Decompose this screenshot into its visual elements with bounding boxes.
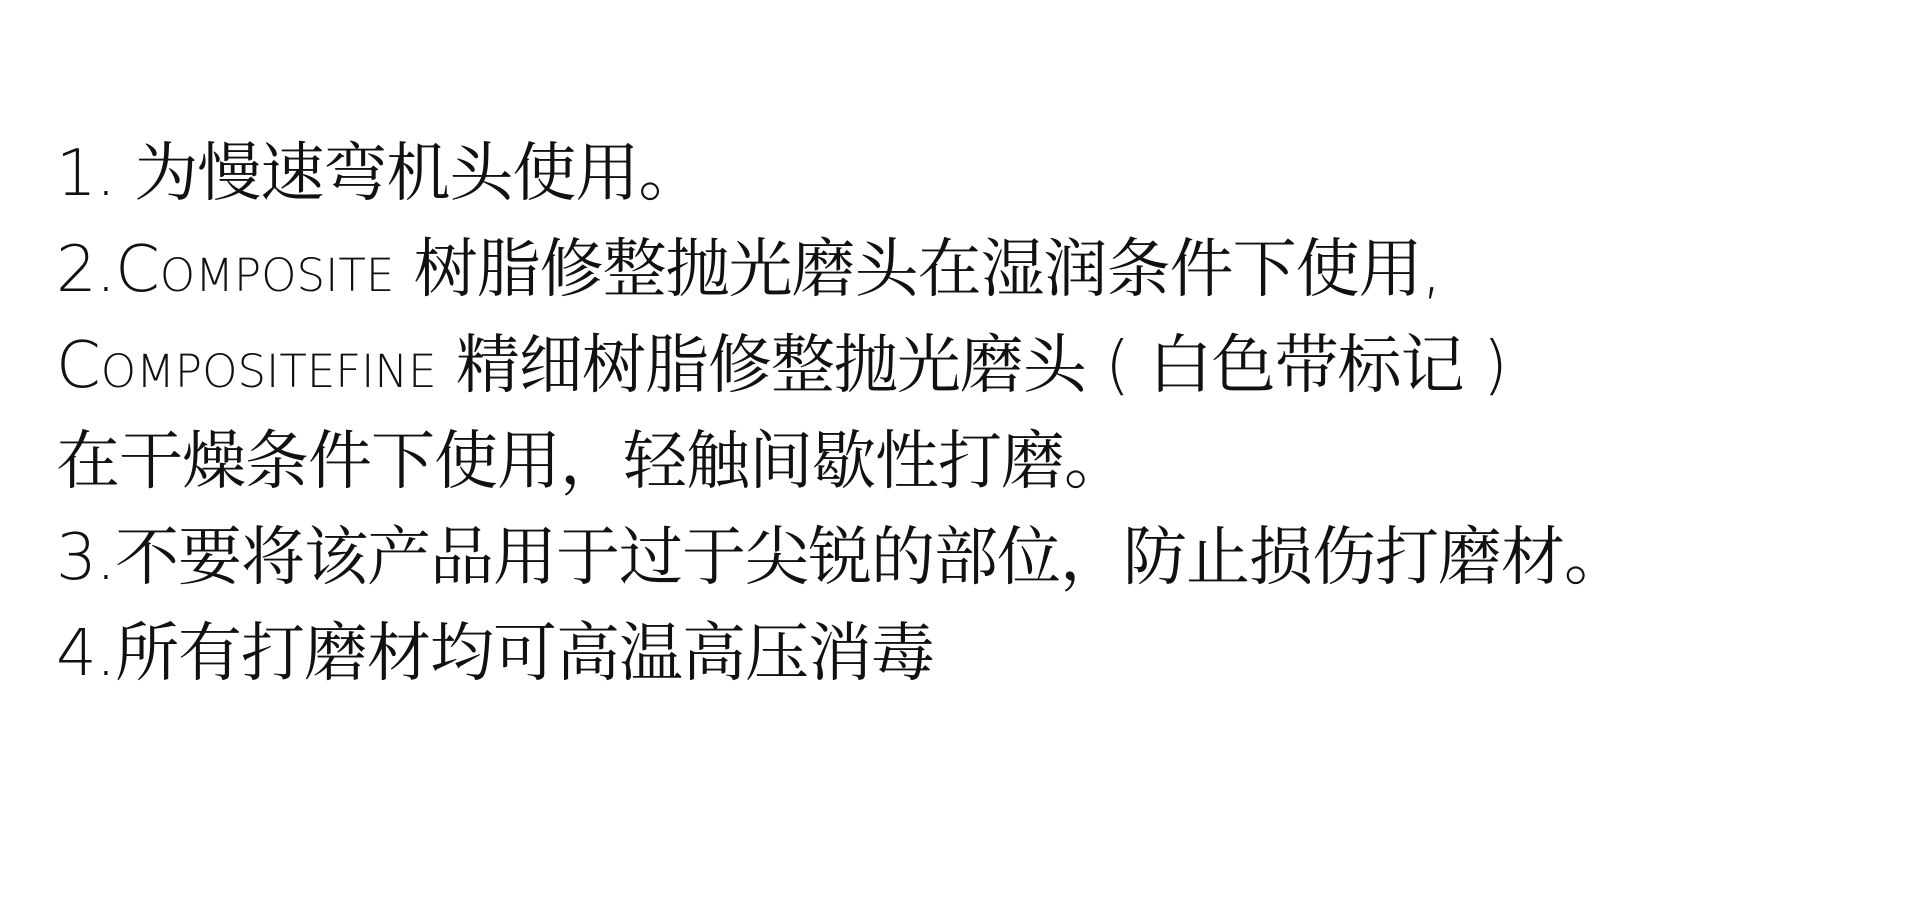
instruction-text: 精细树脂修整抛光磨头 ( 白色带标记 ) <box>437 329 1507 403</box>
instruction-text: 1. 为慢速弯机头使用。 <box>56 137 701 211</box>
instruction-line-1: 1. 为慢速弯机头使用。 <box>56 126 1916 222</box>
instruction-line-2: 2.Composite 树脂修整抛光磨头在湿润条件下使用, <box>56 222 1916 318</box>
instruction-text: 树脂修整抛光磨头在湿润条件下使用, <box>394 233 1441 307</box>
instruction-line-3: 3.不要将该产品用于过于尖锐的部位，防止损伤打磨材。 <box>56 510 1916 606</box>
instructions-document: 1. 为慢速弯机头使用。 2.Composite 树脂修整抛光磨头在湿润条件下使… <box>56 126 1916 702</box>
instruction-line-4: 4.所有打磨材均可高温高压消毒 <box>56 606 1916 702</box>
instruction-text: 3.不要将该产品用于过于尖锐的部位，防止损伤打磨材。 <box>56 521 1627 595</box>
instruction-line-2-end: 在干燥条件下使用，轻触间歇性打磨。 <box>56 414 1916 510</box>
product-name: Compositefine <box>56 329 437 403</box>
instruction-line-2-continued: Compositefine 精细树脂修整抛光磨头 ( 白色带标记 ) <box>56 318 1916 414</box>
instruction-text: 在干燥条件下使用，轻触间歇性打磨。 <box>56 425 1127 499</box>
product-name: Composite <box>115 233 394 307</box>
instruction-text: 4.所有打磨材均可高温高压消毒 <box>56 617 934 691</box>
instruction-number: 2. <box>56 233 115 307</box>
